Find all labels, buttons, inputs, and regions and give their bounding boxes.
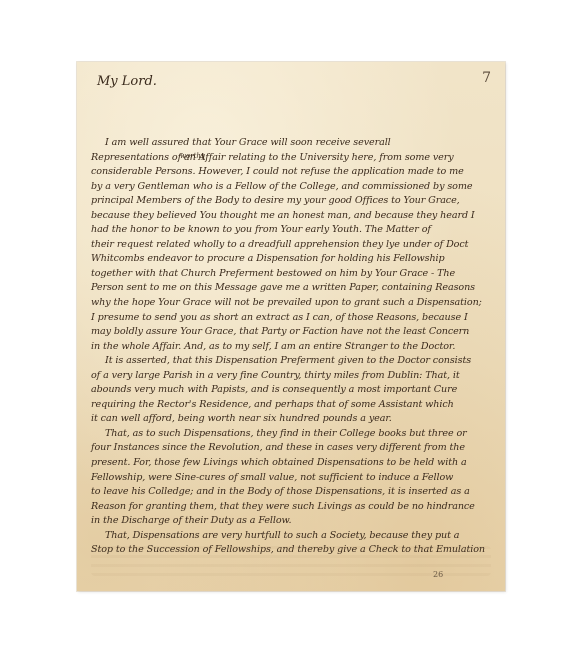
text-line: That, as to such Dispensations, they fin… — [91, 427, 493, 442]
text-line: why the hope Your Grace will not be prev… — [91, 296, 493, 311]
text-line: in the Discharge of their Duty as a Fell… — [91, 514, 493, 529]
text-line: Representations of an Affair relating to… — [91, 151, 493, 166]
text-line: Whitcombs endeavor to procure a Dispensa… — [91, 252, 493, 267]
text-line: it can well afford, being worth near six… — [91, 412, 493, 427]
text-line: requiring the Rector's Residence, and pe… — [91, 398, 493, 413]
text-line: together with that Church Preferment bes… — [91, 267, 493, 282]
text-line: principal Members of the Body to desire … — [91, 194, 493, 209]
text-line: by a very Gentleman who is a Fellow of t… — [91, 180, 493, 195]
text-line: Person sent to me on this Message gave m… — [91, 281, 493, 296]
text-line: Fellowship, were Sine-cures of small val… — [91, 471, 493, 486]
text-line: to leave his Colledge; and in the Body o… — [91, 485, 493, 500]
salutation: My Lord. — [97, 74, 157, 89]
text-line: because they believed You thought me an … — [91, 209, 493, 224]
text-line: may boldly assure Your Grace, that Party… — [91, 325, 493, 340]
text-line: It is asserted, that this Dispensation P… — [91, 354, 493, 369]
text-line: I presume to send you as short an extrac… — [91, 311, 493, 326]
text-line: of a very large Parish in a very fine Co… — [91, 369, 493, 384]
text-line: That, Dispensations are very hurtfull to… — [91, 529, 493, 544]
text-line: I am well assured that Your Grace will s… — [91, 136, 493, 151]
text-line: considerable Persons. However, I could n… — [91, 165, 493, 180]
text-line: their request related wholly to a dreadf… — [91, 238, 493, 253]
text-line: Reason for granting them, that they were… — [91, 500, 493, 515]
text-line: present. For, those few Livings which ob… — [91, 456, 493, 471]
text-line: abounds very much with Papists, and is c… — [91, 383, 493, 398]
text-line: four Instances since the Revolution, and… — [91, 441, 493, 456]
folio-number: 7 — [482, 70, 491, 86]
text-line: in the whole Affair. And, as to my self,… — [91, 340, 493, 355]
text-line: had the honor to be known to you from Yo… — [91, 223, 493, 238]
manuscript-page: My Lord. 7 worthy I am well assured that… — [77, 62, 505, 591]
footer-mark: 26 — [433, 570, 443, 579]
letter-body: I am well assured that Your Grace will s… — [91, 136, 493, 558]
faded-bleed-through — [91, 546, 491, 576]
